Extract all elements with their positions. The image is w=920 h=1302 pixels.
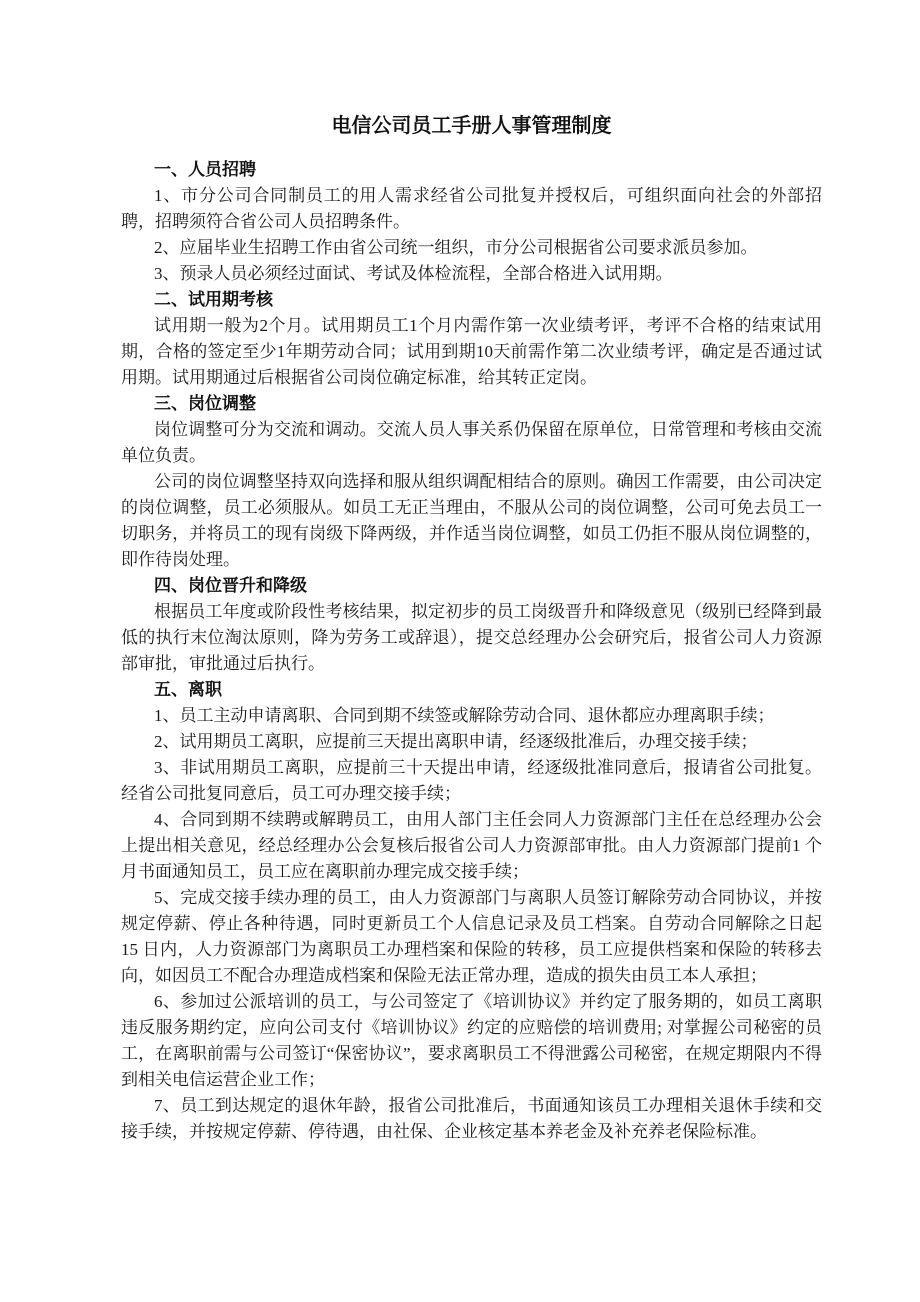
paragraph: 1、市分公司合同制员工的用人需求经省公司批复并授权后，可组织面向社会的外部招聘，…: [121, 183, 822, 235]
section-heading: 二、试用期考核: [121, 287, 822, 313]
paragraph: 7、员工到达规定的退休年龄，报省公司批准后，书面通知该员工办理相关退休手续和交接…: [121, 1093, 822, 1145]
paragraph: 公司的岗位调整坚持双向选择和服从组织调配相结合的原则。确因工作需要，由公司决定的…: [121, 469, 822, 573]
document-title: 电信公司员工手册人事管理制度: [121, 112, 822, 140]
section-heading: 四、岗位晋升和降级: [121, 573, 822, 599]
paragraph: 5、完成交接手续办理的员工，由人力资源部门与离职人员签订解除劳动合同协议，并按规…: [121, 885, 822, 989]
section-heading: 一、人员招聘: [121, 157, 822, 183]
paragraph: 4、合同到期不续聘或解聘员工，由用人部门主任会同人力资源部门主任在总经理办公会上…: [121, 807, 822, 885]
document-body: 一、人员招聘1、市分公司合同制员工的用人需求经省公司批复并授权后，可组织面向社会…: [121, 157, 822, 1145]
document-section: 四、岗位晋升和降级根据员工年度或阶段性考核结果，拟定初步的员工岗级晋升和降级意见…: [121, 573, 822, 677]
paragraph: 根据员工年度或阶段性考核结果，拟定初步的员工岗级晋升和降级意见（级别已经降到最低…: [121, 599, 822, 677]
paragraph: 试用期一般为2个月。试用期员工1个月内需作第一次业绩考评，考评不合格的结束试用期…: [121, 313, 822, 391]
section-heading: 五、离职: [121, 677, 822, 703]
paragraph: 3、预录人员必须经过面试、考试及体检流程，全部合格进入试用期。: [121, 261, 822, 287]
document-page: 电信公司员工手册人事管理制度 一、人员招聘1、市分公司合同制员工的用人需求经省公…: [0, 0, 920, 1302]
section-heading: 三、岗位调整: [121, 391, 822, 417]
document-section: 五、离职1、员工主动申请离职、合同到期不续签或解除劳动合同、退休都应办理离职手续…: [121, 677, 822, 1145]
document-section: 二、试用期考核试用期一般为2个月。试用期员工1个月内需作第一次业绩考评，考评不合…: [121, 287, 822, 391]
paragraph: 2、应届毕业生招聘工作由省公司统一组织，市分公司根据省公司要求派员参加。: [121, 235, 822, 261]
paragraph: 6、参加过公派培训的员工，与公司签定了《培训协议》并约定了服务期的，如员工离职违…: [121, 989, 822, 1093]
paragraph: 2、试用期员工离职，应提前三天提出离职申请，经逐级批准后，办理交接手续；: [121, 729, 822, 755]
document-section: 三、岗位调整岗位调整可分为交流和调动。交流人员人事关系仍保留在原单位，日常管理和…: [121, 391, 822, 573]
paragraph: 岗位调整可分为交流和调动。交流人员人事关系仍保留在原单位，日常管理和考核由交流单…: [121, 417, 822, 469]
document-section: 一、人员招聘1、市分公司合同制员工的用人需求经省公司批复并授权后，可组织面向社会…: [121, 157, 822, 287]
paragraph: 1、员工主动申请离职、合同到期不续签或解除劳动合同、退休都应办理离职手续；: [121, 703, 822, 729]
paragraph: 3、非试用期员工离职，应提前三十天提出申请，经逐级批准同意后，报请省公司批复。经…: [121, 755, 822, 807]
